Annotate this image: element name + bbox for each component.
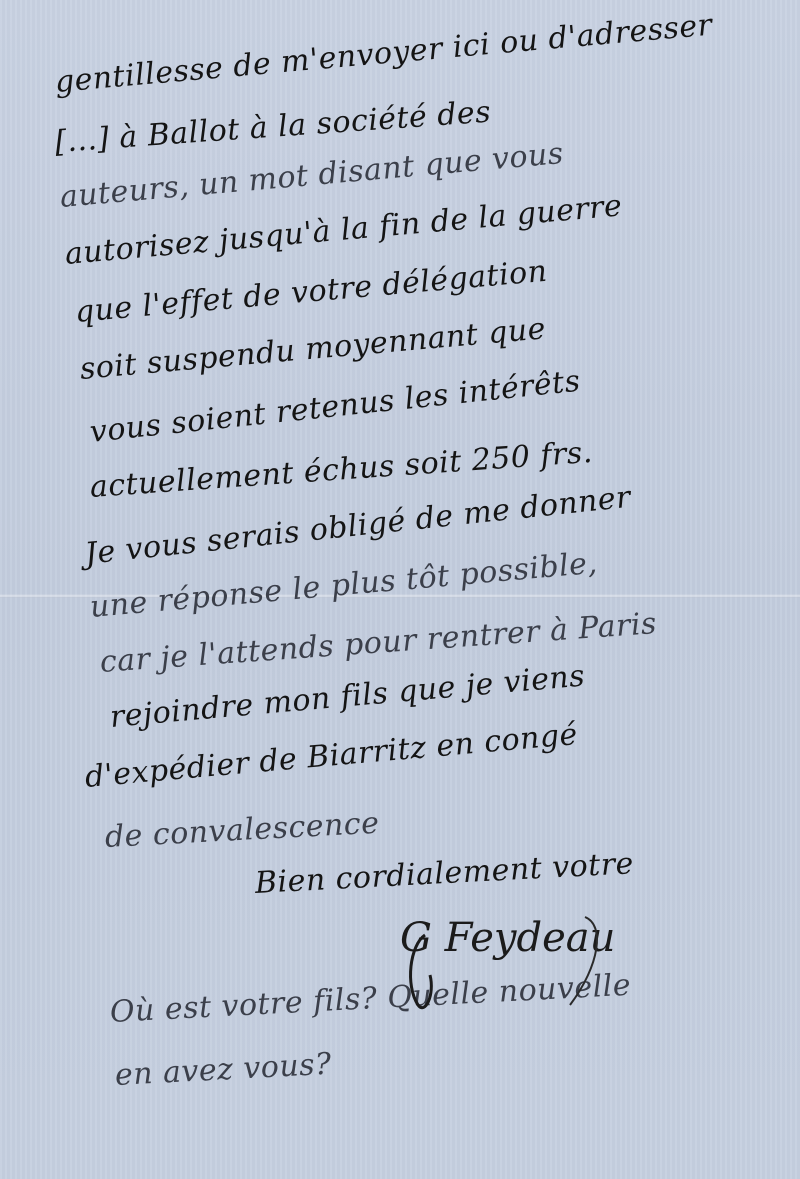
signature-flourish-icon bbox=[400, 905, 630, 1015]
